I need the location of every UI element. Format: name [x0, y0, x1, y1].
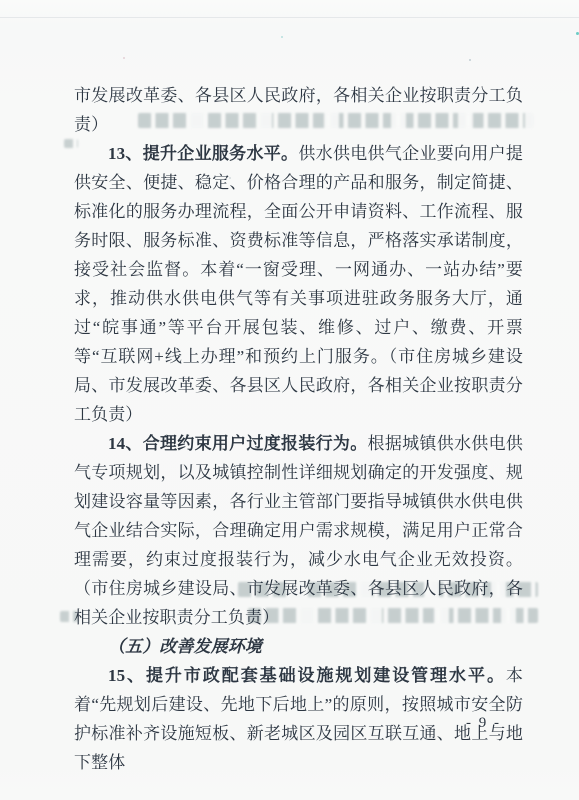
- paragraph-lead: 15、提升市政配套基础设施规划建设管理水平。: [108, 666, 506, 685]
- scan-speck: [281, 36, 283, 38]
- document-body: 市发展改革委、各县区人民政府，各相关企业按职责分工负责） 13、提升企业服务水平…: [74, 81, 523, 777]
- continuation-paragraph: 市发展改革委、各县区人民政府，各相关企业按职责分工负责）: [74, 81, 523, 139]
- scan-edge-line: [0, 17, 579, 18]
- scan-speck: [123, 57, 125, 59]
- paragraph-body: 根据城镇供水供电供气专项规划，以及城镇控制性详细规划确定的开发强度、规划建设容量…: [74, 434, 523, 627]
- paragraph-body: 供水供电供气企业要向用户提供安全、便捷、稳定、价格合理的产品和服务，制定简捷、标…: [74, 144, 523, 424]
- section-heading: （五）改善发展环境: [74, 632, 523, 661]
- scan-speck: [469, 59, 471, 61]
- item-13-paragraph: 13、提升企业服务水平。供水供电供气企业要向用户提供安全、便捷、稳定、价格合理的…: [74, 139, 523, 429]
- scanned-document-page: 市发展改革委、各县区人民政府，各相关企业按职责分工负责） 13、提升企业服务水平…: [0, 0, 579, 800]
- item-15-paragraph: 15、提升市政配套基础设施规划建设管理水平。本着“先规划后建设、先地下后地上”的…: [74, 661, 523, 777]
- page-number: - 9 -: [466, 715, 501, 732]
- section-heading-label: （五）改善发展环境: [108, 637, 262, 656]
- paragraph-lead: 14、合理约束用户过度报装行为。: [108, 434, 368, 453]
- item-14-paragraph: 14、合理约束用户过度报装行为。根据城镇供水供电供气专项规划，以及城镇控制性详细…: [74, 429, 523, 632]
- paragraph-lead: 13、提升企业服务水平。: [108, 144, 298, 163]
- paragraph-body: 市发展改革委、各县区人民政府，各相关企业按职责分工负责）: [74, 86, 523, 134]
